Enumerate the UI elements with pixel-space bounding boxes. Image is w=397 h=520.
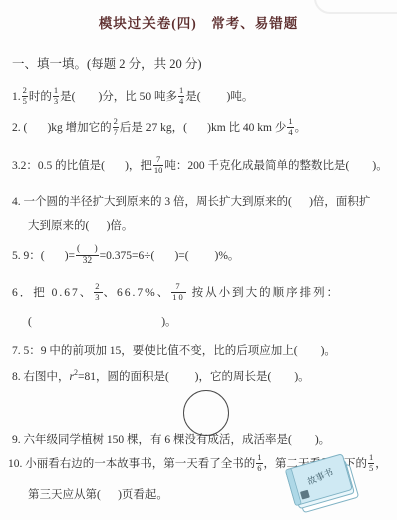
section-header: 一、填一填。(每题 2 分，共 20 分): [12, 54, 202, 72]
question-9: 9. 六年级同学植树 150 棵，有 6 棵没有成活，成活率是( )。: [12, 432, 330, 449]
text-segment: 4. 一个圆的半径扩大到原来的 3 倍，周长扩大到原来的( )倍，面积扩: [12, 196, 370, 208]
fraction-numerator: 1: [368, 453, 374, 463]
question-5: 5. 9：( )=( )32=0.375=6÷( )=( )%。: [12, 243, 239, 269]
text-segment: ，: [375, 458, 387, 470]
fraction-denominator: 3: [53, 96, 59, 107]
fraction-denominator: 4: [287, 127, 293, 138]
fraction-1-4: 14: [178, 86, 184, 107]
fraction-denominator: 3: [94, 292, 102, 303]
fraction-1-5: 15: [368, 453, 374, 474]
text-segment: 大到原来的( )倍。: [28, 220, 133, 232]
fraction-denominator: 5: [22, 96, 28, 107]
text-segment: ( )。: [28, 316, 177, 328]
fraction-numerator: 1: [178, 86, 184, 96]
text-segment: 7. 5：9 中的前项加 15，要使比值不变，比的后项应加上( )。: [12, 345, 336, 357]
question-4-line-1: 4. 一个圆的半径扩大到原来的 3 倍，周长扩大到原来的( )倍，面积扩: [12, 194, 370, 211]
question-10-line-2: 第三天应从第( )页看起。: [28, 487, 168, 504]
text-segment: 5. 9：( )=: [12, 250, 75, 262]
fraction-7-10: 710: [153, 155, 164, 176]
circle-figure: [183, 390, 229, 436]
text-segment: 10. 小丽看右边的一本故事书，第一天看了全书的: [8, 458, 255, 470]
fraction-7-10: 710: [171, 282, 186, 303]
question-6-line-2: ( )。: [28, 314, 177, 331]
text-segment: 2. ( )kg 增加它的: [12, 122, 112, 134]
fraction-numerator: 2: [22, 86, 28, 96]
text-segment: 吨：200 千克化成最简单的整数比是( )。: [164, 160, 387, 172]
text-segment: 9. 六年级同学植树 150 棵，有 6 棵没有成活，成活率是( )。: [12, 434, 330, 446]
fraction-denominator: 5: [368, 463, 374, 474]
question-6-line-1: 6．把 0.67、23、66.7%、710 按从小到大的顺序排列：: [12, 280, 340, 306]
question-3: 3.2：0.5 的比值是( )，把710吨：200 千克化成最简单的整数比是( …: [12, 153, 388, 179]
fraction-denominator: 7: [113, 127, 119, 138]
fraction-2-5: 25: [22, 86, 28, 107]
text-segment: 按从小到大的顺序排列：: [187, 287, 340, 299]
fraction-2-3: 23: [94, 282, 102, 303]
fraction-2-7: 27: [113, 117, 119, 138]
fraction-numerator: 7: [171, 282, 186, 292]
fraction-numerator: 2: [113, 117, 119, 127]
fraction-denominator: 32: [76, 255, 99, 267]
fraction-denominator: 6: [256, 463, 262, 474]
question-4-line-2: 大到原来的( )倍。: [28, 218, 133, 235]
fraction-numerator: 7: [153, 155, 164, 165]
book-group: 故事书: [285, 453, 358, 515]
text-segment: 1.: [12, 91, 21, 103]
fraction-numerator: 2: [94, 282, 102, 292]
fraction-denominator: 10: [153, 165, 164, 176]
fraction-denominator: 10: [171, 292, 186, 303]
question-7: 7. 5：9 中的前项加 15，要使比值不变，比的后项应加上( )。: [12, 343, 336, 360]
question-8: 8. 右图中，r2=81，圆的面积是( )，它的周长是( )。: [12, 364, 310, 386]
page-title: 模块过关卷(四) 常考、易错题: [0, 12, 397, 32]
text-segment: 是( )吨。: [185, 91, 253, 103]
worksheet-page: 模块过关卷(四) 常考、易错题 一、填一填。(每题 2 分，共 20 分) 1.…: [0, 0, 397, 520]
fraction-numerator: 1: [287, 117, 293, 127]
fraction-numerator: 1: [53, 86, 59, 96]
question-2: 2. ( )kg 增加它的27后是 27 kg，( )km 比 40 km 少1…: [12, 115, 306, 141]
text-segment: 3.2：0.5 的比值是( )，把: [12, 160, 152, 172]
text-segment: 后是 27 kg，( )km 比 40 km 少: [120, 122, 286, 134]
fraction-denominator: 4: [178, 96, 184, 107]
text-segment: 6．把 0.67、: [12, 287, 93, 299]
text-segment: 、66.7%、: [104, 287, 171, 299]
fraction-1-3: 13: [53, 86, 59, 107]
fraction-numerator: 1: [256, 453, 262, 463]
text-segment: 时的: [29, 91, 52, 103]
text-segment: =81，圆的面积是( )，它的周长是( )。: [78, 371, 310, 383]
text-segment: 第三天应从第( )页看起。: [28, 489, 168, 501]
text-segment: 是( )分，比 50 吨多: [60, 91, 177, 103]
fraction-1-6: 16: [256, 453, 262, 474]
text-segment: =0.375=6÷( )=( )%。: [100, 250, 240, 262]
text-segment: 8. 右图中，: [12, 371, 70, 383]
text-segment: 。: [295, 122, 307, 134]
storybook-illustration: 故事书: [281, 452, 367, 518]
fraction-numerator: ( ): [76, 244, 99, 255]
fraction-blank-32: ( )32: [76, 244, 99, 267]
question-1: 1.25时的13是( )分，比 50 吨多14是( )吨。: [12, 84, 253, 110]
fraction-1-4: 14: [287, 117, 293, 138]
